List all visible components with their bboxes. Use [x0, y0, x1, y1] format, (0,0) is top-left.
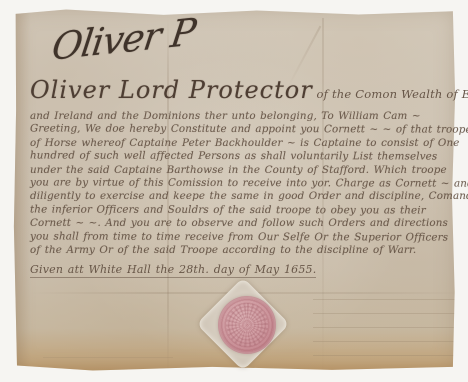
manuscript-line: of the Army Or of the said Troope accord…: [30, 244, 454, 257]
faint-ruled-lines: [313, 286, 468, 362]
manuscript-dateline: Given att White Hall the 28th. day of Ma…: [30, 263, 316, 278]
photograph-background: Oliver P Oliver Lord Protector of the Co…: [0, 0, 468, 382]
manuscript-line: hundred of such well affected Persons as…: [30, 150, 454, 165]
manuscript-line: of Horse whereof Captaine Peter Backhoul…: [30, 137, 454, 150]
manuscript-line: you are by virtue of this Comission to r…: [30, 176, 454, 191]
manuscript-line: and Ireland and the Dominions ther unto …: [30, 110, 454, 123]
opening-continuation: of the Comon Wealth of England, Scotland: [313, 87, 468, 101]
embossed-wax-seal: [218, 296, 276, 354]
opening-calligraphy: Oliver Lord Protector: [30, 76, 313, 104]
manuscript-opening-line: Oliver Lord Protector of the Comon Wealt…: [30, 76, 454, 104]
manuscript-line: under the said Captaine Barthowse in the…: [30, 164, 454, 177]
manuscript-line: you shall from time to time receive from…: [30, 230, 454, 245]
seal-coat-of-arms: [226, 303, 268, 347]
faint-ruled-lines: [43, 344, 173, 360]
manuscript-line: diligently to exercise and keepe the sam…: [30, 190, 454, 203]
manuscript-line: Greeting, We doe hereby Constitute and a…: [30, 123, 454, 138]
manuscript-line: Cornett ~ ~. And you are to observe and …: [30, 217, 454, 230]
manuscript-text: Oliver Lord Protector of the Comon Wealt…: [30, 76, 454, 278]
manuscript-line: the inferior Officers and Souldrs of the…: [30, 203, 454, 218]
